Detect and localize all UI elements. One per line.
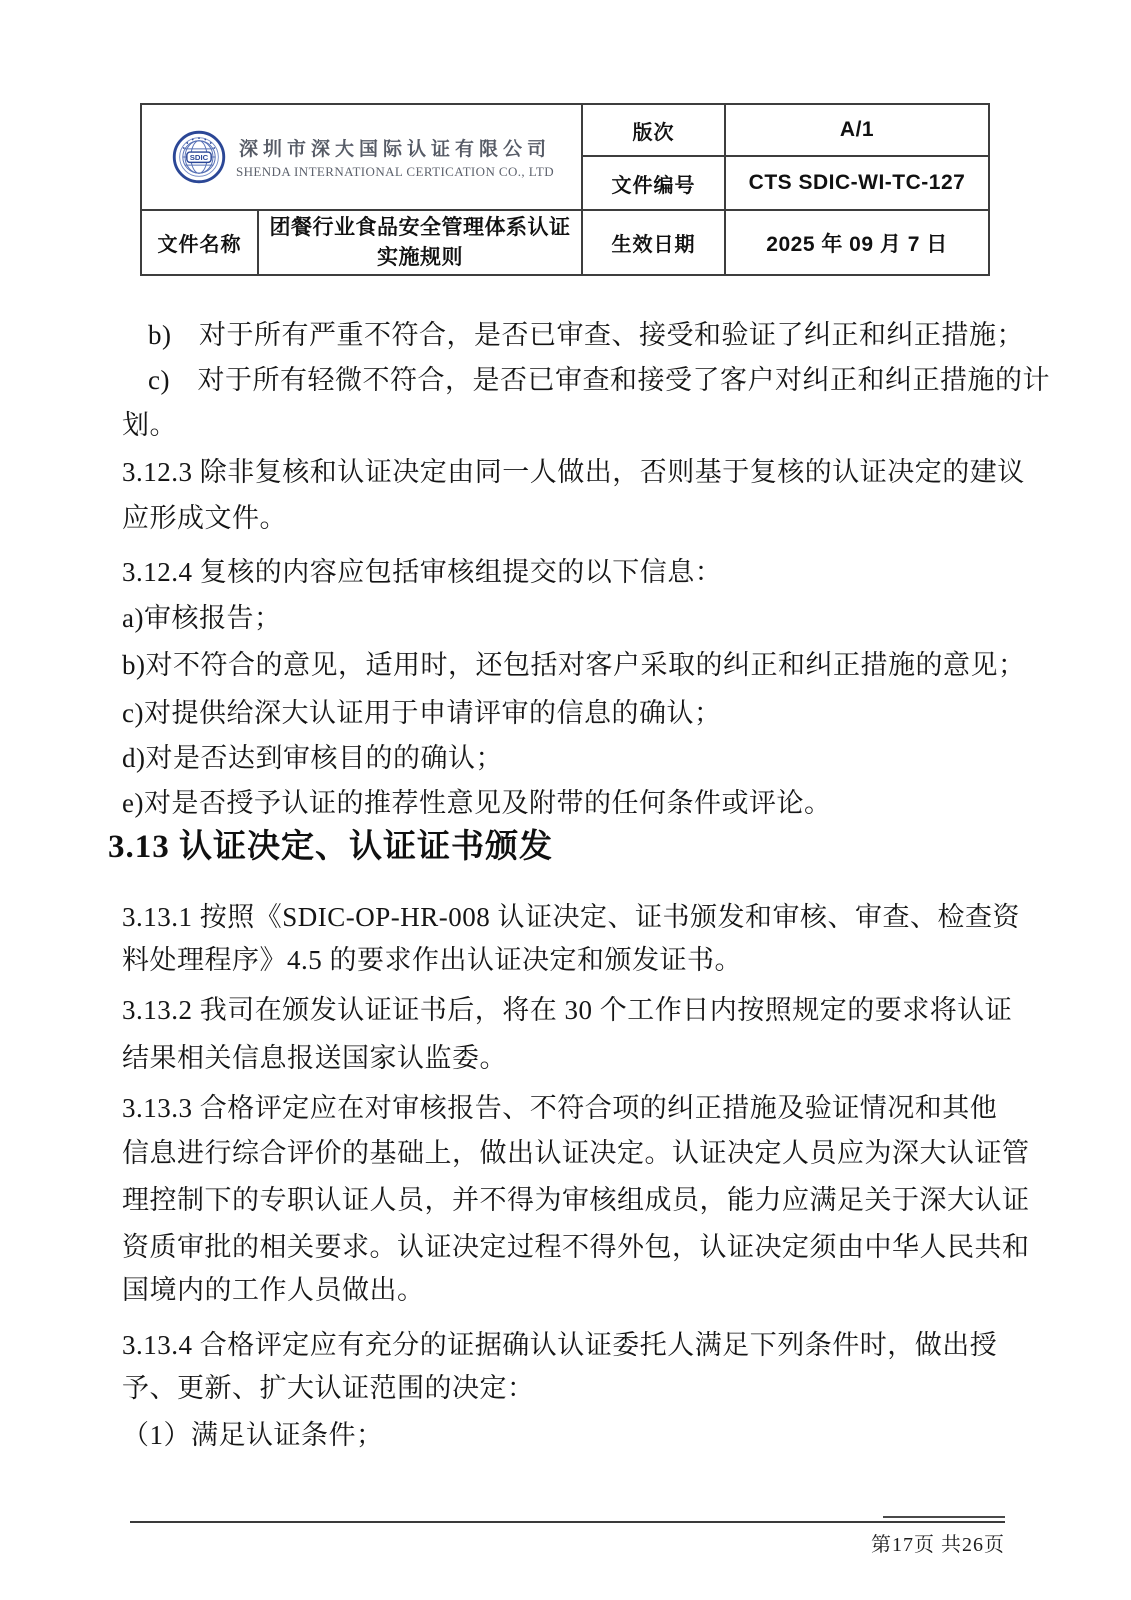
body-line-clause-3-13-4: 3.13.4 合格评定应有充分的证据确认认证委托人满足下列条件时，做出授 (122, 1322, 1002, 1368)
body-line-item-1: （1）满足认证条件； (122, 1412, 1002, 1458)
body-line: 应形成文件。 (122, 495, 1002, 541)
doc-name-value: 团餐行业食品安全管理体系认证实施规则 (258, 210, 582, 275)
body-line-clause-3-12-4: 3.12.4 复核的内容应包括审核组提交的以下信息： (122, 549, 1002, 595)
body-line-clause-3-13-3: 3.13.3 合格评定应在对审核报告、不符合项的纠正措施及验证情况和其他 (122, 1085, 1002, 1131)
sdic-globe-logo-icon: SDIC (172, 130, 226, 184)
body-line-clause-3-13-1: 3.13.1 按照《SDIC-OP-HR-008 认证决定、证书颁发和审核、审查… (122, 894, 1002, 940)
body-line: 理控制下的专职认证人员，并不得为审核组成员，能力应满足关于深大认证 (122, 1177, 1002, 1223)
body-line: 划。 (122, 402, 1002, 448)
body-line-clause-3-12-3: 3.12.3 除非复核和认证决定由同一人做出，否则基于复核的认证决定的建议 (122, 449, 1002, 495)
body-line: 资质审批的相关要求。认证决定过程不得外包，认证决定须由中华人民共和 (122, 1224, 1002, 1270)
company-logo-cell: SDIC 深圳市深大国际认证有限公司 SHENDA INTERNATIONAL … (141, 104, 582, 210)
doc-name-label: 文件名称 (141, 210, 258, 275)
body-line: 信息进行综合评价的基础上，做出认证决定。认证决定人员应为深大认证管 (122, 1130, 1002, 1176)
body-line: 料处理程序》4.5 的要求作出认证决定和颁发证书。 (122, 937, 1002, 983)
body-line-item-e: e)对是否授予认证的推荐性意见及附带的任何条件或评论。 (122, 780, 1002, 826)
footer-rule (130, 1521, 1005, 1523)
logo-abbr-text: SDIC (190, 153, 209, 162)
footer-rule-secondary (883, 1516, 1005, 1518)
company-name-cn: 深圳市深大国际认证有限公司 (236, 134, 554, 161)
doc-number-value: CTS SDIC-WI-TC-127 (725, 156, 989, 210)
doc-number-label: 文件编号 (582, 156, 725, 210)
body-line: 国境内的工作人员做出。 (122, 1267, 1002, 1313)
body-line: 予、更新、扩大认证范围的决定： (122, 1365, 1002, 1411)
footer-page-number: 第17页 共26页 (871, 1528, 1005, 1557)
version-label: 版次 (582, 104, 725, 156)
section-heading-3-13: 3.13 认证决定、认证证书颁发 (108, 822, 988, 872)
body-line-item-d: d)对是否达到审核目的的确认； (122, 735, 1002, 781)
body-line: 结果相关信息报送国家认监委。 (122, 1035, 1002, 1081)
body-line-item-c: c)对提供给深大认证用于申请评审的信息的确认； (122, 690, 1002, 736)
body-line-item-b: b)对不符合的意见，适用时，还包括对客户采取的纠正和纠正措施的意见； (122, 642, 1002, 688)
version-value: A/1 (725, 104, 989, 156)
document-header-table: SDIC 深圳市深大国际认证有限公司 SHENDA INTERNATIONAL … (140, 103, 990, 276)
body-line: b) 对于所有严重不符合，是否已审查、接受和验证了纠正和纠正措施； (148, 312, 1028, 358)
document-page: SDIC 深圳市深大国际认证有限公司 SHENDA INTERNATIONAL … (0, 0, 1131, 1600)
effective-date-value: 2025 年 09 月 7 日 (725, 210, 989, 275)
company-name-en: SHENDA INTERNATIONAL CERTICATION CO., LT… (236, 164, 554, 180)
body-line-clause-3-13-2: 3.13.2 我司在颁发认证证书后，将在 30 个工作日内按照规定的要求将认证 (122, 987, 1002, 1033)
effective-date-label: 生效日期 (582, 210, 725, 275)
body-line: c) 对于所有轻微不符合，是否已审查和接受了客户对纠正和纠正措施的计 (148, 357, 1028, 403)
body-line-item-a: a)审核报告； (122, 595, 1002, 641)
